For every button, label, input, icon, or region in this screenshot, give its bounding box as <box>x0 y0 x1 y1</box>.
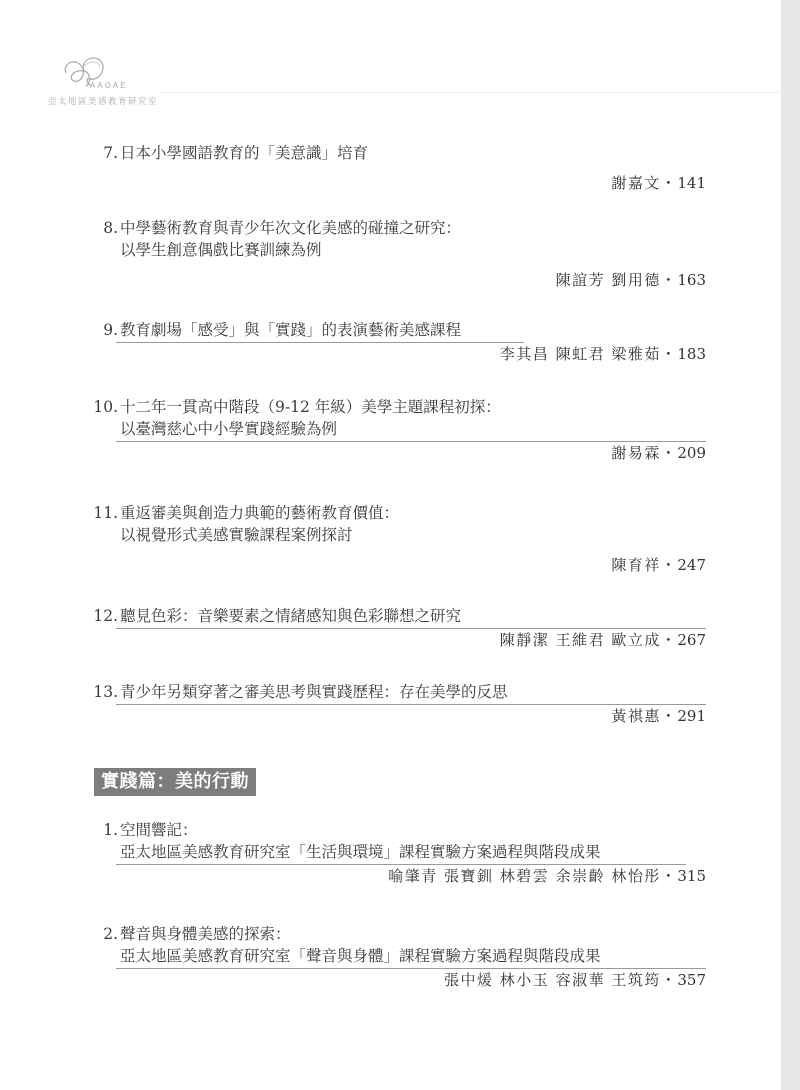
header-divider <box>160 92 782 93</box>
entry-subtitle: 以臺灣慈心中小學實踐經驗為例 <box>96 419 706 441</box>
entry-title: 8.中學藝術教育與青少年次文化美感的碰撞之研究： <box>96 218 706 240</box>
entry-authors: 陳育祥・247 <box>96 555 706 575</box>
entry-title: 13.青少年另類穿著之審美思考與實踐歷程：存在美學的反思 <box>96 682 706 704</box>
toc-entry[interactable]: 7.日本小學國語教育的「美意識」培育 謝嘉文・141 <box>96 143 706 193</box>
entry-title: 9.教育劇場「感受」與「實踐」的表演藝術美感課程 <box>96 320 706 342</box>
toc-entry[interactable]: 10.十二年一貫高中階段（9-12 年級）美學主題課程初探： 以臺灣慈心中小學實… <box>96 397 706 463</box>
entry-title: 2.聲音與身體美感的探索： <box>96 924 706 946</box>
toc-entry[interactable]: 8.中學藝術教育與青少年次文化美感的碰撞之研究： 以學生創意偶戲比賽訓練為例 陳… <box>96 218 706 290</box>
entry-subtitle: 亞太地區美感教育研究室「生活與環境」課程實驗方案過程與階段成果 <box>96 842 706 864</box>
page-number: 183 <box>677 345 706 363</box>
page-number: 163 <box>677 271 706 289</box>
section-header: 實踐篇：美的行動 <box>94 768 256 796</box>
entry-number: 12. <box>92 606 118 626</box>
toc-entry[interactable]: 13.青少年另類穿著之審美思考與實踐歷程：存在美學的反思 黃祺惠・291 <box>96 682 706 726</box>
entry-number: 2. <box>96 924 118 944</box>
logo-subtitle: 亞太地區美感教育研究室 <box>48 95 158 107</box>
title-underline <box>116 864 686 865</box>
entry-number: 10. <box>92 397 118 417</box>
toc-entry[interactable]: 2.聲音與身體美感的探索： 亞太地區美感教育研究室「聲音與身體」課程實驗方案過程… <box>96 924 706 990</box>
title-underline <box>116 342 524 343</box>
title-underline <box>116 968 706 969</box>
entry-authors: 陳誼芳 劉用德・163 <box>96 270 706 290</box>
page-number: 291 <box>677 707 706 725</box>
entry-number: 9. <box>96 320 118 340</box>
logo-text: AAOAE <box>90 81 128 90</box>
toc-entry[interactable]: 11.重返審美與創造力典範的藝術教育價值： 以視覺形式美感實驗課程案例探討 陳育… <box>96 503 706 575</box>
entry-authors: 喻肇青 張寶釧 林碧雲 余崇齡 林怡彤・315 <box>96 866 706 886</box>
title-underline <box>116 441 706 442</box>
entry-title: 7.日本小學國語教育的「美意識」培育 <box>96 143 706 165</box>
toc-entry[interactable]: 12.聽見色彩：音樂要素之情緒感知與色彩聯想之研究 陳靜潔 王維君 歐立成・26… <box>96 606 706 650</box>
page-number: 315 <box>677 867 706 885</box>
entry-authors: 黃祺惠・291 <box>96 706 706 726</box>
entry-title: 12.聽見色彩：音樂要素之情緒感知與色彩聯想之研究 <box>96 606 706 628</box>
entry-authors: 謝易霖・209 <box>96 443 706 463</box>
entry-subtitle: 亞太地區美感教育研究室「聲音與身體」課程實驗方案過程與階段成果 <box>96 946 706 968</box>
entry-authors: 張中煖 林小玉 容淑華 王筑筠・357 <box>96 970 706 990</box>
page-number: 209 <box>677 444 706 462</box>
title-underline <box>116 628 706 629</box>
entry-title: 10.十二年一貫高中階段（9-12 年級）美學主題課程初探： <box>96 397 706 419</box>
entry-authors: 陳靜潔 王維君 歐立成・267 <box>96 630 706 650</box>
entry-number: 1. <box>96 820 118 840</box>
entry-subtitle: 以視覺形式美感實驗課程案例探討 <box>96 525 706 547</box>
logo: AAOAE 亞太地區美感教育研究室 <box>48 55 178 107</box>
toc-entry[interactable]: 1.空間響記： 亞太地區美感教育研究室「生活與環境」課程實驗方案過程與階段成果 … <box>96 820 706 886</box>
entry-title: 1.空間響記： <box>96 820 706 842</box>
page-number: 247 <box>677 556 706 574</box>
page-edge-bar <box>781 0 800 1090</box>
entry-authors: 謝嘉文・141 <box>96 173 706 193</box>
entry-authors: 李其昌 陳虹君 梁雅茹・183 <box>96 344 706 364</box>
toc-entry[interactable]: 9.教育劇場「感受」與「實踐」的表演藝術美感課程 李其昌 陳虹君 梁雅茹・183 <box>96 320 706 364</box>
entry-number: 8. <box>96 218 118 238</box>
entry-number: 7. <box>96 143 118 163</box>
title-underline <box>116 704 706 705</box>
page-number: 357 <box>677 971 706 989</box>
entry-number: 11. <box>92 503 118 523</box>
page-number: 267 <box>677 631 706 649</box>
page-number: 141 <box>677 174 706 192</box>
entry-number: 13. <box>92 682 118 702</box>
entry-subtitle: 以學生創意偶戲比賽訓練為例 <box>96 240 706 262</box>
entry-title: 11.重返審美與創造力典範的藝術教育價值： <box>96 503 706 525</box>
